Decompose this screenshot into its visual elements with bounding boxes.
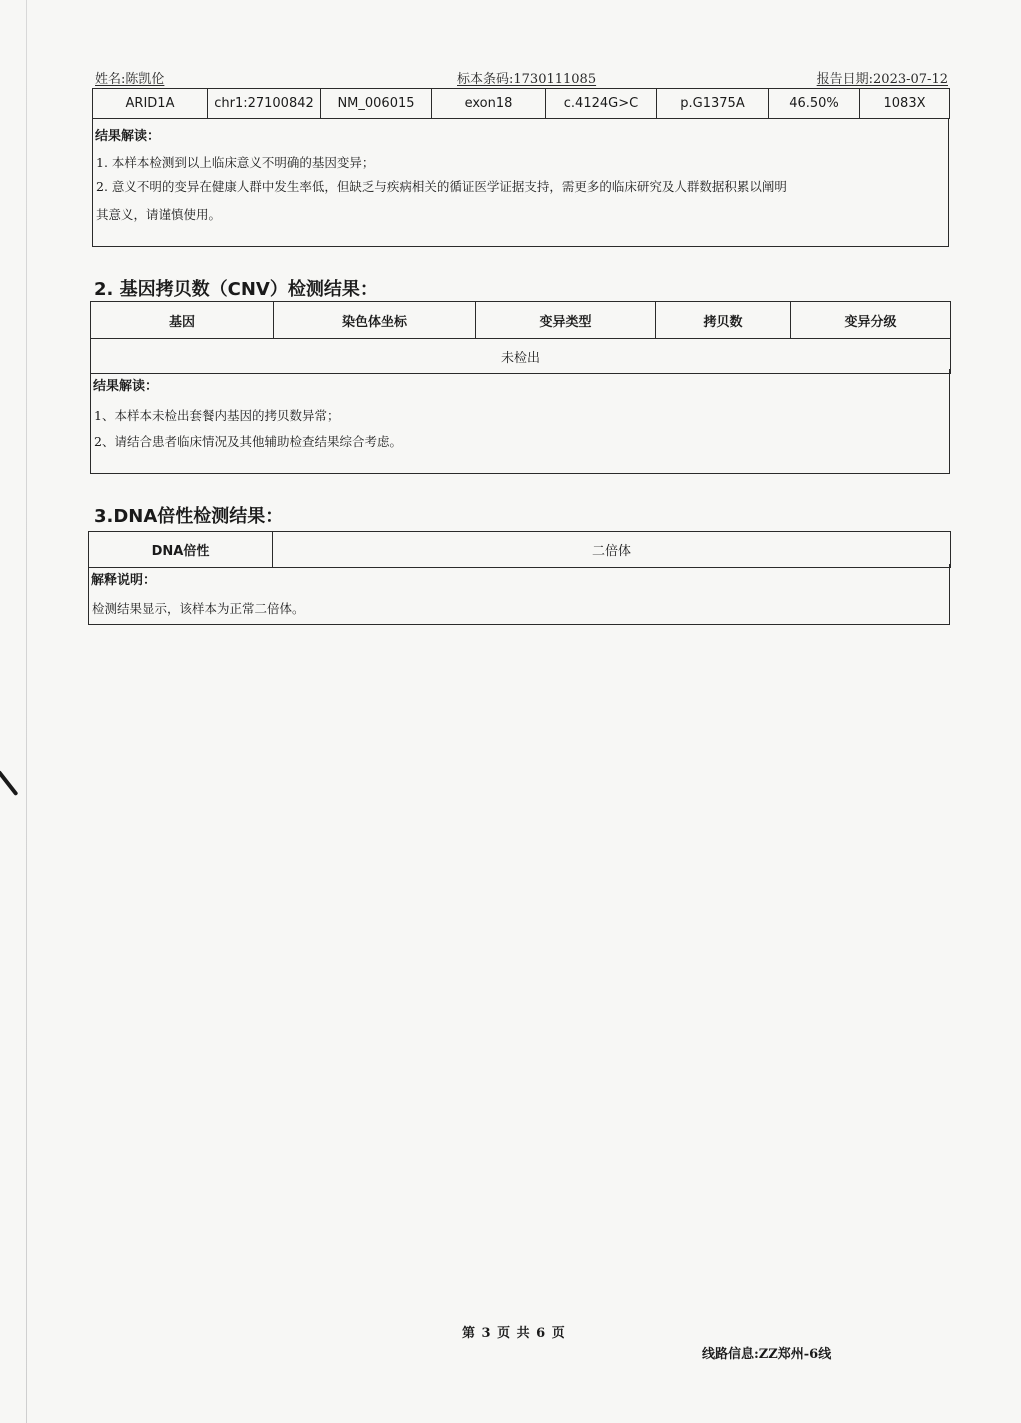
- transcript-cell: NM_006015: [321, 89, 432, 119]
- allele-frequency-cell: 46.50%: [769, 89, 860, 119]
- dna-ploidy-table: DNA倍性 二倍体: [88, 531, 951, 568]
- dna-ploidy-value: 二倍体: [273, 532, 951, 568]
- interpretation-title: 结果解读：: [93, 375, 158, 394]
- column-header: 变异分级: [791, 302, 951, 339]
- report-header: 姓名:陈凯伦 标本条码:1730111085 报告日期:2023-07-12: [95, 68, 948, 88]
- column-header: 变异类型: [476, 302, 656, 339]
- interpretation-line: 1. 本样本检测到以上临床意义不明确的基因变异；: [96, 153, 374, 171]
- interpretation-title: 解释说明：: [91, 569, 156, 588]
- column-header: 拷贝数: [656, 302, 791, 339]
- cdna-change-cell: c.4124G>C: [546, 89, 657, 119]
- interpretation-line: 2. 意义不明的变异在健康人群中发生率低，但缺乏与疾病相关的循证医学证据支持，需…: [96, 177, 787, 195]
- column-header: 基因: [91, 302, 274, 339]
- cnv-interpretation-box: 结果解读： 1、本样本未检出套餐内基因的拷贝数异常； 2、请结合患者临床情况及其…: [90, 369, 950, 474]
- dna-section-title: 3.DNA倍性检测结果：: [94, 502, 283, 528]
- page-number: 第 3 页 共 6 页: [462, 1322, 566, 1341]
- position-cell: chr1:27100842: [208, 89, 321, 119]
- cnv-section-title: 2. 基因拷贝数（CNV）检测结果：: [94, 275, 378, 301]
- specimen-barcode: 标本条码:1730111085: [457, 68, 596, 87]
- dna-interpretation-box: 解释说明： 检测结果显示，该样本为正常二倍体。: [88, 564, 950, 625]
- patient-name: 姓名:陈凯伦: [95, 68, 164, 87]
- report-date: 报告日期:2023-07-12: [817, 68, 948, 87]
- pen-mark: [0, 770, 18, 796]
- paper-edge: [26, 0, 27, 1423]
- snv-interpretation-box: 结果解读： 1. 本样本检测到以上临床意义不明确的基因变异； 2. 意义不明的变…: [92, 119, 949, 247]
- interpretation-line: 检测结果显示，该样本为正常二倍体。: [92, 599, 305, 617]
- interpretation-title: 结果解读：: [95, 125, 160, 144]
- interpretation-line: 其意义，请谨慎使用。: [96, 205, 221, 223]
- table-header-row: 基因 染色体坐标 变异类型 拷贝数 变异分级: [91, 302, 951, 339]
- cnv-table: 基因 染色体坐标 变异类型 拷贝数 变异分级 未检出: [90, 301, 951, 374]
- exon-cell: exon18: [432, 89, 546, 119]
- gene-cell: ARID1A: [93, 89, 208, 119]
- interpretation-line: 2、请结合患者临床情况及其他辅助检查结果综合考虑。: [94, 432, 402, 450]
- depth-cell: 1083X: [860, 89, 950, 119]
- mutation-table: ARID1A chr1:27100842 NM_006015 exon18 c.…: [92, 88, 950, 119]
- column-header: 染色体坐标: [274, 302, 476, 339]
- protein-change-cell: p.G1375A: [657, 89, 769, 119]
- dna-ploidy-label: DNA倍性: [89, 532, 273, 568]
- interpretation-line: 1、本样本未检出套餐内基因的拷贝数异常；: [94, 406, 339, 424]
- table-row: DNA倍性 二倍体: [89, 532, 951, 568]
- table-row: ARID1A chr1:27100842 NM_006015 exon18 c.…: [93, 89, 950, 119]
- line-info: 线路信息:ZZ郑州-6线: [702, 1343, 831, 1362]
